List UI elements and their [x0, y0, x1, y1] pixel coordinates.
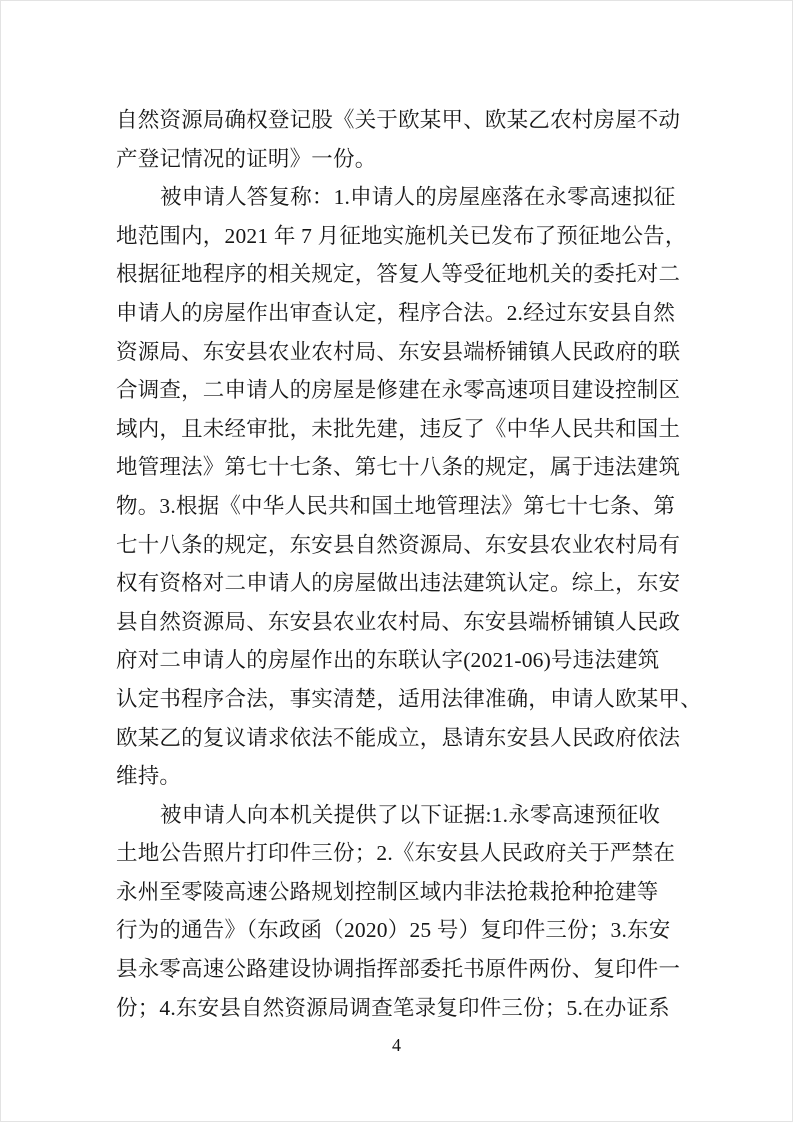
text-line: 地范围内，2021 年 7 月征地实施机关已发布了预征地公告，: [116, 217, 682, 256]
page-footer: 4: [1, 1035, 792, 1056]
text-line: 物。3.根据《中华人民共和国土地管理法》第七十七条、第: [116, 487, 682, 526]
document-body-text: 自然资源局确权登记股《关于欧某甲、欧某乙农村房屋不动产登记情况的证明》一份。被申…: [116, 101, 682, 1027]
text-line: 地管理法》第七十七条、第七十八条的规定，属于违法建筑: [116, 448, 682, 487]
text-line: 申请人的房屋作出审查认定，程序合法。2.经过东安县自然: [116, 294, 682, 333]
text-line: 资源局、东安县农业农村局、东安县端桥铺镇人民政府的联: [116, 333, 682, 372]
text-line: 县永零高速公路建设协调指挥部委托书原件两份、复印件一: [116, 950, 682, 989]
text-line: 维持。: [116, 757, 682, 796]
text-line: 根据征地程序的相关规定，答复人等受征地机关的委托对二: [116, 255, 682, 294]
text-line: 自然资源局确权登记股《关于欧某甲、欧某乙农村房屋不动: [116, 101, 682, 140]
text-line: 认定书程序合法，事实清楚，适用法律准确，申请人欧某甲、: [116, 680, 682, 719]
document-page: 自然资源局确权登记股《关于欧某甲、欧某乙农村房屋不动产登记情况的证明》一份。被申…: [0, 0, 793, 1122]
text-line: 土地公告照片打印件三份；2.《东安县人民政府关于严禁在: [116, 834, 682, 873]
text-line: 行为的通告》（东政函（2020）25 号）复印件三份；3.东安: [116, 911, 682, 950]
text-line: 产登记情况的证明》一份。: [116, 140, 682, 179]
text-line: 份；4.东安县自然资源局调查笔录复印件三份；5.在办证系: [116, 989, 682, 1028]
text-line: 合调查，二申请人的房屋是修建在永零高速项目建设控制区: [116, 371, 682, 410]
text-line: 权有资格对二申请人的房屋做出违法建筑认定。综上，东安: [116, 564, 682, 603]
text-line: 县自然资源局、东安县农业农村局、东安县端桥铺镇人民政: [116, 603, 682, 642]
text-line: 被申请人向本机关提供了以下证据:1.永零高速预征收: [116, 796, 682, 835]
text-line: 永州至零陵高速公路规划控制区域内非法抢栽抢种抢建等: [116, 873, 682, 912]
page-number: 4: [392, 1035, 401, 1055]
text-line: 欧某乙的复议请求依法不能成立，恳请东安县人民政府依法: [116, 719, 682, 758]
text-line: 被申请人答复称：1.申请人的房屋座落在永零高速拟征: [116, 178, 682, 217]
text-line: 七十八条的规定，东安县自然资源局、东安县农业农村局有: [116, 526, 682, 565]
text-line: 府对二申请人的房屋作出的东联认字(2021-06)号违法建筑: [116, 641, 682, 680]
text-line: 域内，且未经审批，未批先建，违反了《中华人民共和国土: [116, 410, 682, 449]
